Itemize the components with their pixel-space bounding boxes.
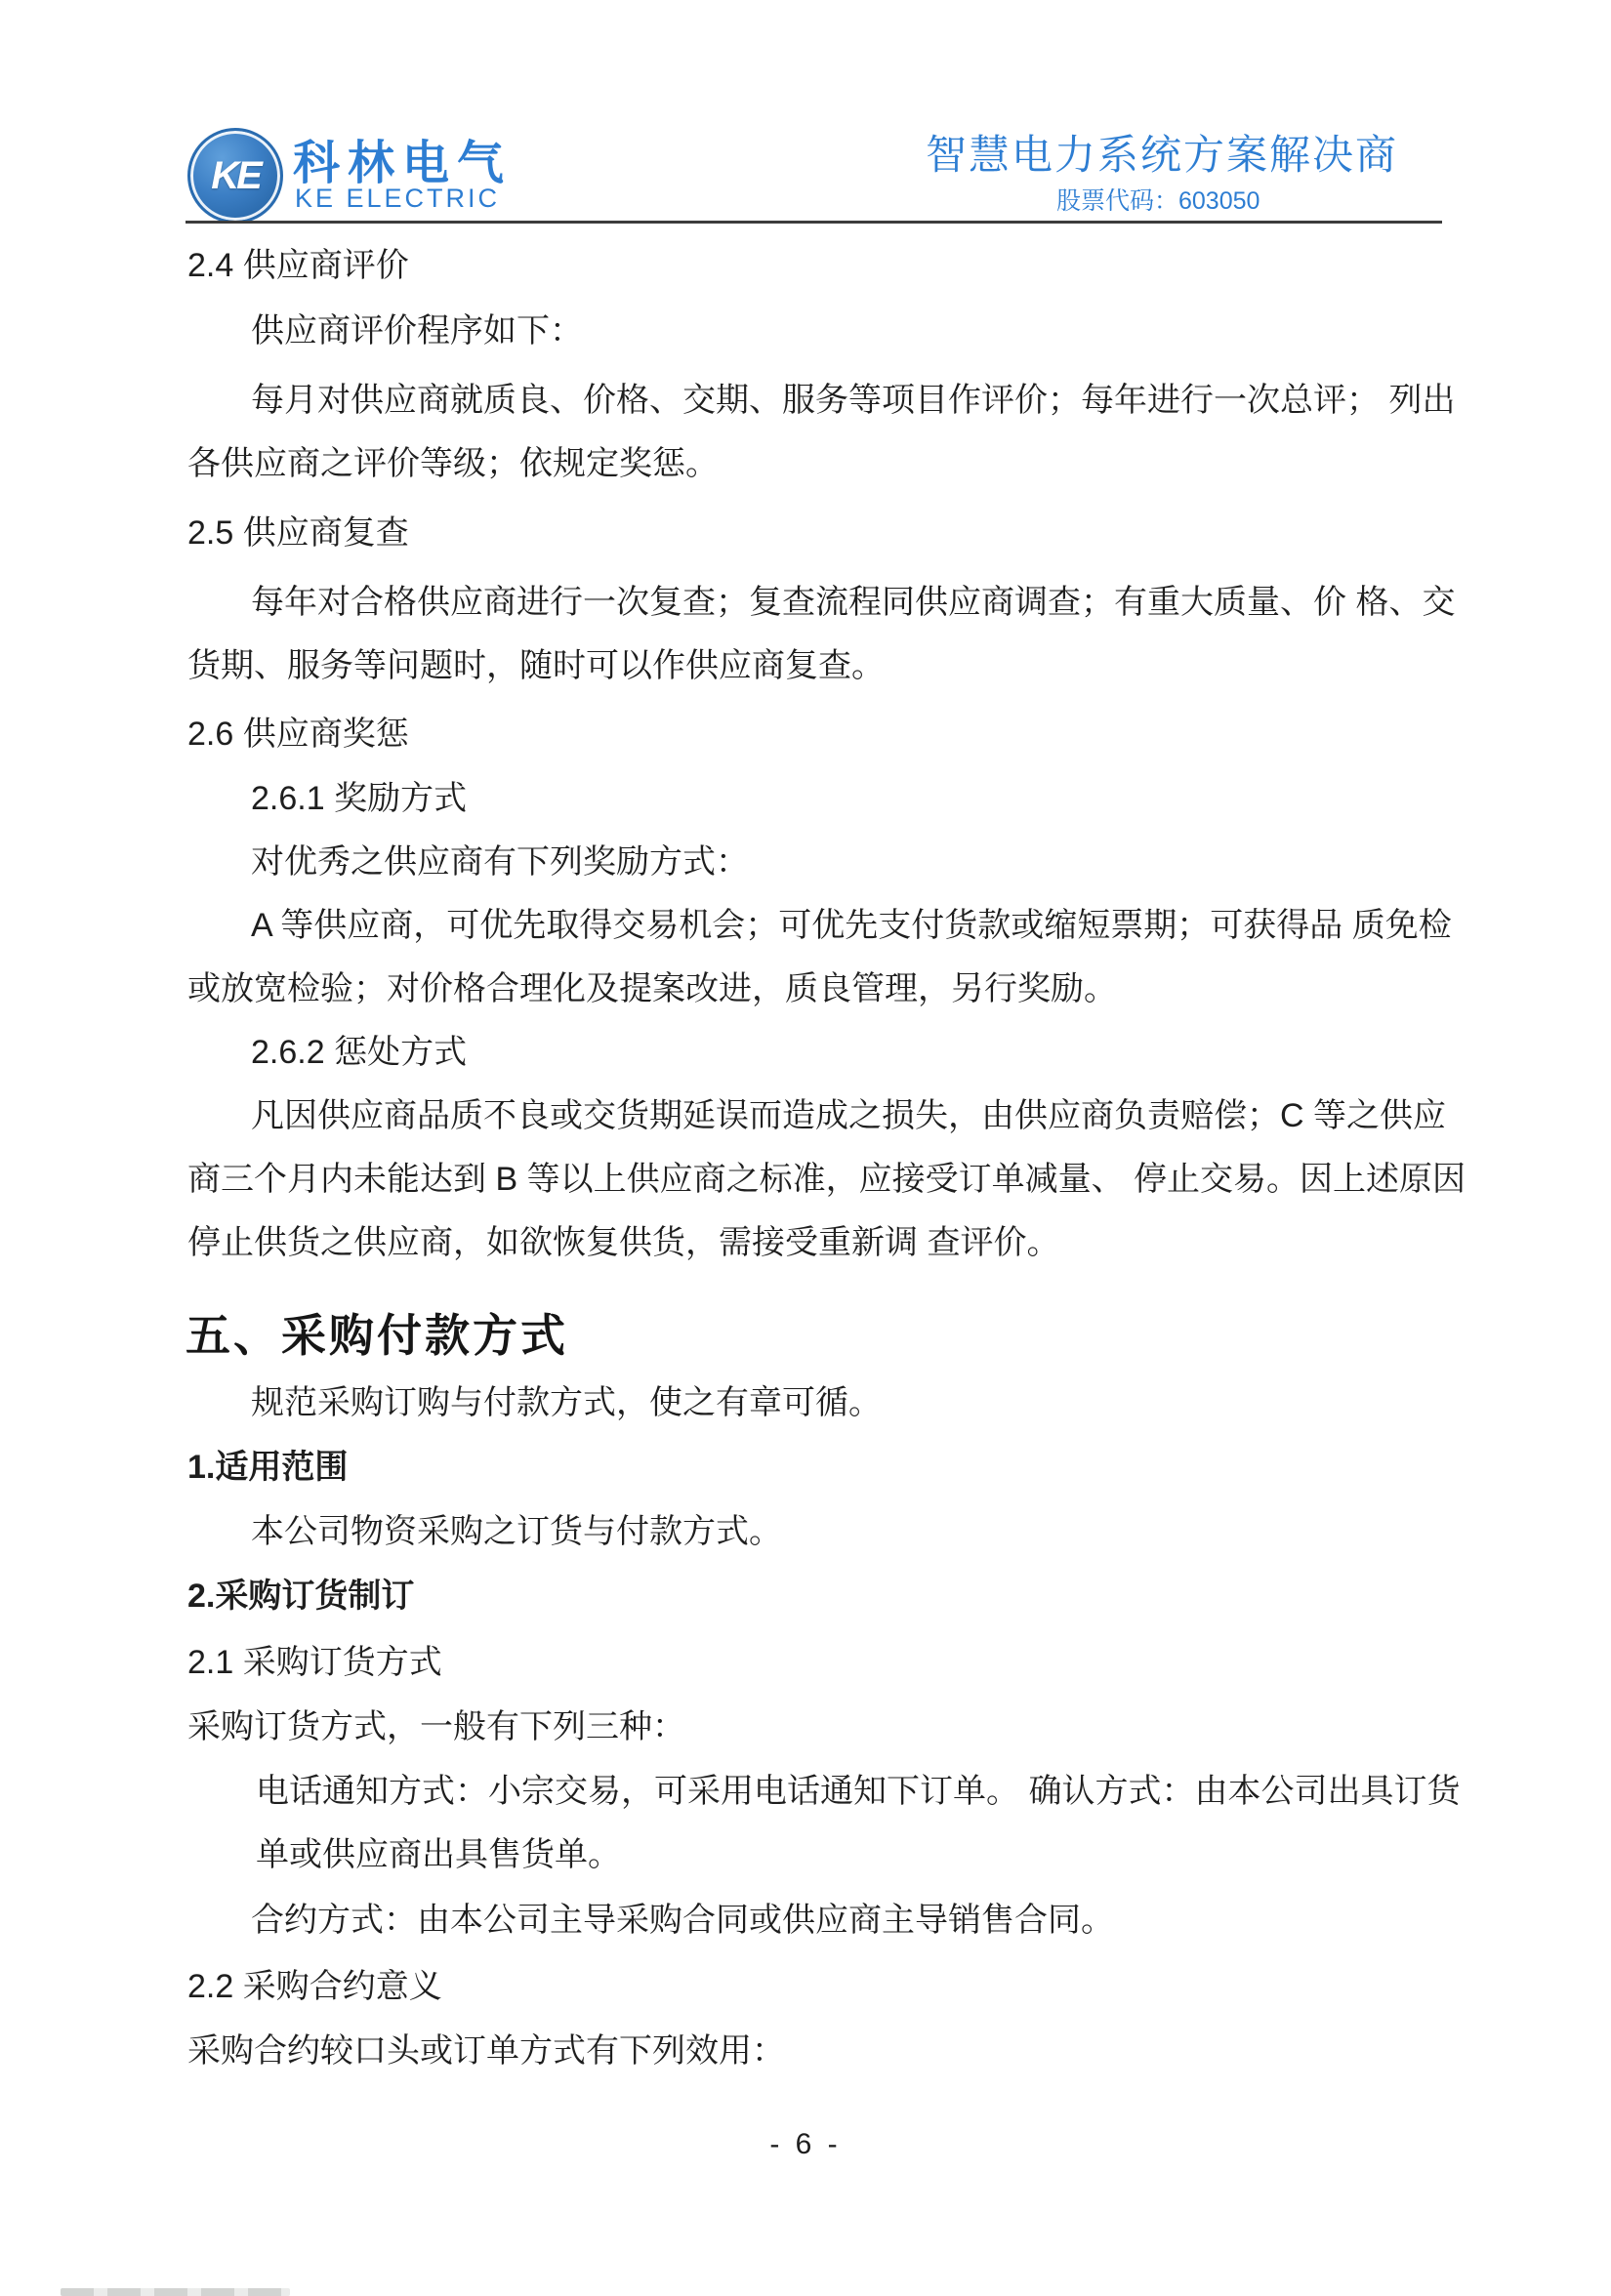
section-heading-2-6: 2.6 供应商奖惩: [187, 716, 409, 754]
logo-monogram: KE: [211, 154, 260, 198]
paragraph-line: A 等供应商，可优先取得交易机会；可优先支付货款或缩短票期；可获得品 质免检: [251, 907, 1452, 945]
paragraph-line: 或放宽检验；对价格合理化及提案改进，质良管理，另行奖励。: [187, 970, 1117, 1008]
header-tagline: 智慧电力系统方案解决商: [926, 123, 1398, 182]
section-heading-2-5: 2.5 供应商复查: [187, 514, 409, 553]
chapter-heading-5: 五、采购付款方式: [186, 1300, 568, 1365]
paragraph-line: 对优秀之供应商有下列奖励方式：: [251, 843, 749, 881]
header-divider: [186, 221, 1442, 224]
paragraph-line: 商三个月内未能达到 B 等以上供应商之标准，应接受订单减量、 停止交易。因上述原…: [187, 1161, 1466, 1199]
paragraph-line: 凡因供应商品质不良或交货期延误而造成之损失，由供应商负责赔偿；C 等之供应: [251, 1097, 1446, 1135]
paragraph-line: 单或供应商出具售货单。: [256, 1836, 621, 1874]
company-name-en: KE ELECTRIC: [295, 184, 500, 214]
subheading-ordering: 2.采购订货制订: [187, 1578, 414, 1616]
page-number: - 6 -: [0, 2128, 1611, 2161]
paragraph-line: 每年对合格供应商进行一次复查；复查流程同供应商调查；有重大质量、价 格、交: [251, 584, 1455, 622]
company-logo-icon: KE: [187, 128, 283, 224]
paragraph-line: 停止供货之供应商，如欲恢复供货，需接受重新调 查评价。: [187, 1224, 1059, 1262]
section-heading-2-6-2: 2.6.2 惩处方式: [251, 1034, 467, 1072]
paragraph-line: 本公司物资采购之订货与付款方式。: [251, 1513, 782, 1551]
paragraph-line: 采购订货方式，一般有下列三种：: [187, 1708, 685, 1746]
subheading-scope: 1.适用范围: [187, 1449, 348, 1487]
paragraph-line: 每月对供应商就质良、价格、交期、服务等项目作评价；每年进行一次总评； 列出: [251, 382, 1455, 420]
document-page: KE 科林电气 KE ELECTRIC 智慧电力系统方案解决商 股票代码：603…: [0, 0, 1611, 2296]
paragraph-line: 电话通知方式：小宗交易，可采用电话通知下订单。 确认方式：由本公司出具订货: [256, 1773, 1460, 1811]
section-heading-2-4: 2.4 供应商评价: [187, 247, 409, 285]
paragraph-line: 规范采购订购与付款方式，使之有章可循。: [251, 1384, 882, 1422]
paragraph-line: 供应商评价程序如下：: [251, 312, 583, 350]
scan-edge-artifact: [61, 2288, 290, 2296]
paragraph-line: 各供应商之评价等级；依规定奖惩。: [187, 445, 719, 483]
paragraph-line: 合约方式：由本公司主导采购合同或供应商主导销售合同。: [251, 1902, 1114, 1940]
company-name-cn: 科林电气: [293, 125, 512, 192]
paragraph-line: 采购合约较口头或订单方式有下列效用：: [187, 2032, 785, 2070]
section-heading-2-1: 2.1 采购订货方式: [187, 1644, 442, 1682]
paragraph-line: 货期、服务等问题时，随时可以作供应商复查。: [187, 647, 885, 685]
section-heading-2-6-1: 2.6.1 奖励方式: [251, 780, 467, 818]
stock-code: 股票代码：603050: [1056, 182, 1260, 217]
section-heading-2-2: 2.2 采购合约意义: [187, 1968, 442, 2006]
